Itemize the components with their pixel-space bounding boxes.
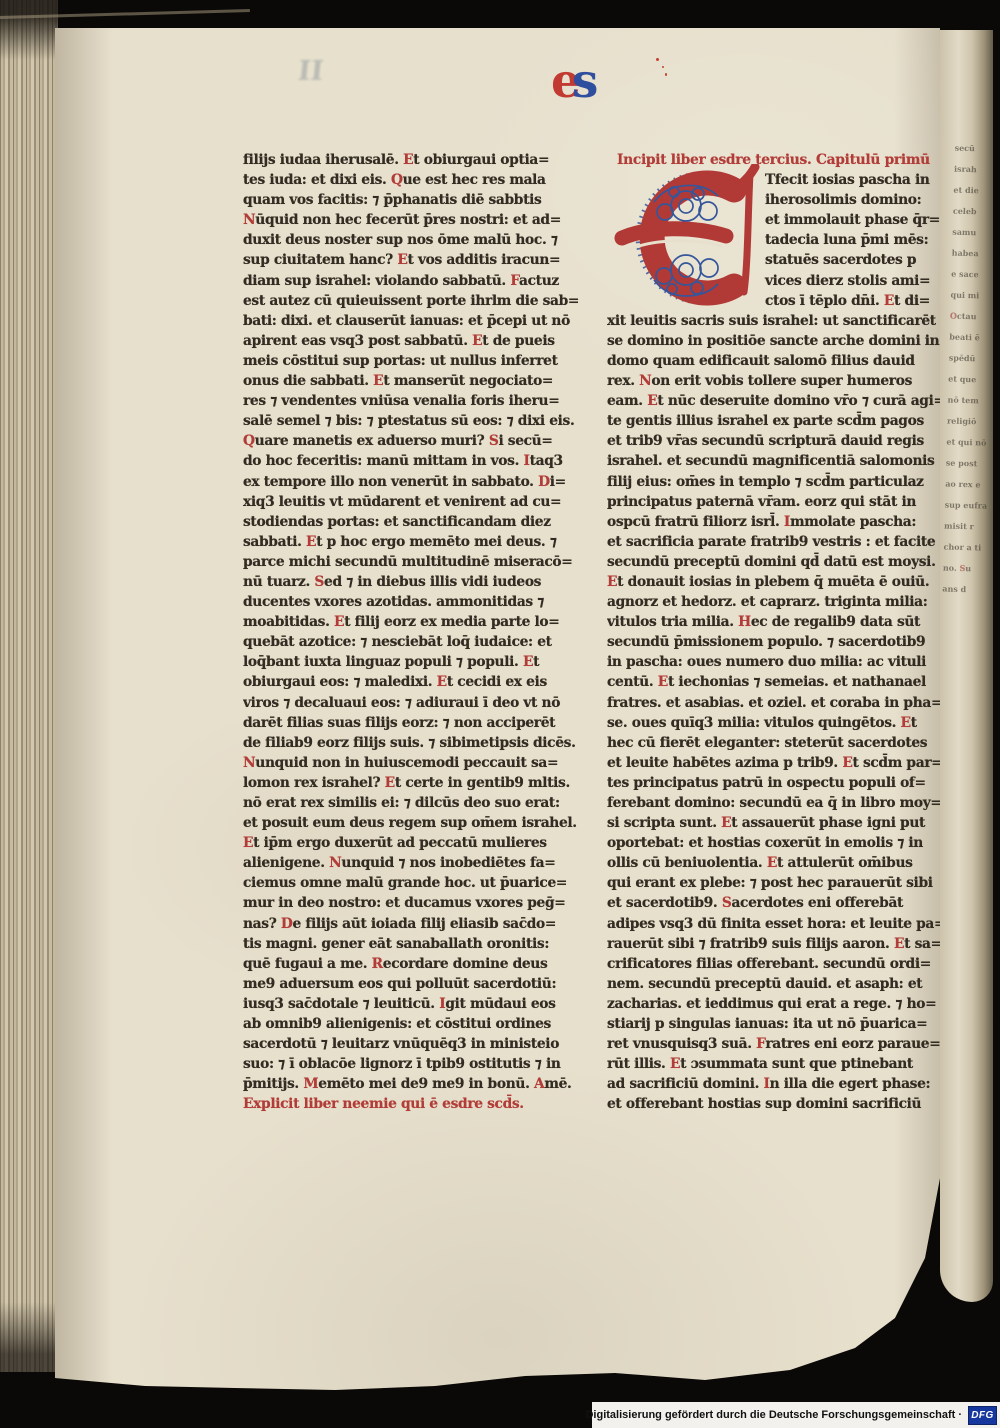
text-line: stiarij p singulas ianuas: ita ut nō p̄u… — [607, 1014, 945, 1034]
text-line: sup ciuitatem hanc? Et vos additis iracu… — [243, 250, 581, 270]
text-line: qui mi — [950, 285, 993, 307]
text-line: Et donauit iosias in plebem q̄ muēta ē o… — [607, 572, 945, 592]
text-line: res ⁊ vendentes vniūsa venalia foris ihe… — [243, 391, 581, 411]
text-line: nem. secundū preceptū dauid. et asaph: e… — [607, 974, 945, 994]
text-line: filijs iudaa iherusalē. Et obiurgaui opt… — [243, 150, 581, 170]
text-line: eam. Et nūc deseruite domino vr̄o ⁊ curā… — [607, 391, 945, 411]
text-line: me9 aduersum eos qui polluūt sacerdotiū: — [243, 974, 581, 994]
text-line: moabitidas. Et filij eorz ex media parte… — [243, 612, 581, 632]
text-line: xit leuitis sacris suis israhel: ut sanc… — [607, 311, 945, 331]
folio-showthrough-numeral: II — [296, 56, 325, 87]
text-line: ret vnusquisq3 suā. Fratres eni eorz par… — [607, 1034, 945, 1054]
text-line: agnorz et hedorz. et caprarz. triginta m… — [607, 592, 945, 612]
text-line: ctos ī tēplo dn̄i. Et di= — [765, 291, 945, 311]
text-line: Explicit liber neemie qui ē esdre scd̄s. — [243, 1094, 581, 1114]
text-line: rauerūt sibi ⁊ fratrib9 suis filijs aaro… — [607, 934, 945, 954]
decorated-initial-E — [607, 164, 764, 312]
text-line: tis magni. gener eāt sanaballath oroniti… — [243, 934, 581, 954]
initial-flourish-svg — [607, 164, 764, 312]
text-line: alienigene. Nunquid ⁊ nos inobediētes fa… — [243, 853, 581, 873]
text-line: et leuite habētes azima p trib9. Et scd̄… — [607, 753, 945, 773]
text-line: quam vos facitis: ⁊ p̄phanatis diē sabbt… — [243, 190, 581, 210]
text-line: qui erant ex plebe: ⁊ post hec parauerūt… — [607, 873, 945, 893]
text-line: diam sup israhel: violando sabbatū. Fact… — [243, 271, 581, 291]
text-line: celeb — [953, 201, 993, 223]
dfg-credit-text: Digitalisierung gefördert durch die Deut… — [585, 1409, 962, 1421]
text-line: israhel. et secundū magnificentiā salomo… — [607, 451, 945, 471]
text-line: sacerdotū ⁊ leuitarz vnūquēq3 in ministe… — [243, 1034, 581, 1054]
text-line: nas? De filijs aūt ioiada filij eliasib … — [243, 914, 581, 934]
text-line: misit r — [944, 515, 988, 537]
ink-speck — [662, 66, 664, 68]
text-line: vitulos tria milia. Hec de regalib9 data… — [607, 612, 945, 632]
text-line: et trib9 vr̄as secundū scripturā dauid r… — [607, 431, 945, 451]
text-line: religiō — [947, 411, 991, 433]
text-line: domo quam edificauit salomō filius dauid — [607, 351, 945, 371]
text-line: et que — [948, 369, 992, 391]
text-line: vices dierz stolis ami= — [765, 271, 945, 291]
right-text-column: Incipit liber esdre tercius. Capitulū pr… — [607, 150, 945, 1140]
text-line: ab omnib9 alienigenis: et cōstitui ordin… — [243, 1014, 581, 1034]
text-line: nō tem — [947, 390, 991, 412]
text-line: oportebat: et hostias coxerūt in emolis … — [607, 833, 945, 853]
running-head-letter-e: e — [551, 54, 572, 109]
text-line: de filiab9 eorz filijs suis. ⁊ sibimetip… — [243, 733, 581, 753]
fore-edge-text: secūisrahet diecelebsamuhabeae sacequi m… — [940, 30, 993, 601]
text-line: iherosolimis domino: — [765, 190, 945, 210]
text-line: secundū preceptū domini qd̄ datū est moy… — [607, 552, 945, 572]
text-line: centū. Et iechonias ⁊ semeias. et nathan… — [607, 672, 945, 692]
text-line: et sacrificia parate fratrib9 vestris : … — [607, 532, 945, 552]
text-line: secū — [954, 138, 993, 160]
text-line: se domino in positiōe sancte arche domin… — [607, 331, 945, 351]
text-line: quebāt azotice: ⁊ nesciebāt loq̄ iudaice… — [243, 632, 581, 652]
text-line: ao rex e — [945, 473, 989, 495]
text-line: tadecia luna p̄mi mēs: — [765, 230, 945, 250]
text-line: est autez cū quieuissent porte ihrlm die… — [243, 291, 581, 311]
text-line: principatus paternā vr̄am. eorz qui stāt… — [607, 492, 945, 512]
running-head-letter-s: s — [572, 54, 589, 109]
text-line: se post — [946, 452, 990, 474]
text-line: ollis cū beniuolentia. Et attulerūt om̄i… — [607, 853, 945, 873]
text-line: iusq3 sac̄dotale ⁊ leuiticū. Igit mūdaui… — [243, 994, 581, 1014]
text-line: israh — [954, 159, 993, 181]
text-line: sabbati. Et p hoc ergo memēto mei deus. … — [243, 532, 581, 552]
text-line: et immolauit phase q̄r= — [765, 210, 945, 230]
text-line: nū tuarz. Sed ⁊ in diebus illis vidi iud… — [243, 572, 581, 592]
ink-speck — [656, 58, 659, 61]
text-line: nō erat rex similis ei: ⁊ dilcūs deo suo… — [243, 793, 581, 813]
text-line: Nūquid non hec fecerūt p̄res nostri: et … — [243, 210, 581, 230]
manuscript-page: II es filijs iudaa iherusalē. Et obiurga… — [55, 28, 940, 1393]
text-line: adipes vsq3 dū finita esset hora: et leu… — [607, 914, 945, 934]
text-line: et qui nō — [946, 431, 990, 453]
text-line: se. oues quīq3 milia: vitulos quingētos.… — [607, 713, 945, 733]
initial-indent-lines: Tfecit iosias pascha iniherosolimis domi… — [765, 170, 945, 311]
text-line: et die — [953, 180, 993, 202]
dfg-logo: DFG — [968, 1406, 997, 1425]
text-line: p̄mitijs. Memēto mei de9 me9 in bonū. Am… — [243, 1074, 581, 1094]
text-line: obiurgaui eos: ⁊ maledixi. Et cecidi ex … — [243, 672, 581, 692]
text-line: e sace — [951, 264, 993, 286]
text-line: et offerebant hostias sup domini sacrifi… — [607, 1094, 945, 1114]
text-line: ciemus omne malū grande hoc. ut p̄uarice… — [243, 873, 581, 893]
text-line: xiq3 leuitis vt mūdarent et venirent ad … — [243, 492, 581, 512]
running-head-es: es — [551, 58, 589, 105]
text-line: Tfecit iosias pascha in — [765, 170, 945, 190]
text-line: te gentis illius israhel ex parte scd̄m … — [607, 411, 945, 431]
text-line: Et ip̄m ergo duxerūt ad peccatū mulieres — [243, 833, 581, 853]
text-line: ferebant domino: secundū ea q̄ in libro … — [607, 793, 945, 813]
text-line: duxit deus noster sup nos ōme malū hoc. … — [243, 230, 581, 250]
ink-speck — [665, 73, 667, 76]
chapter-body: Tfecit iosias pascha iniherosolimis domi… — [607, 170, 945, 1114]
text-line: darēt filias suas filijs eorz: ⁊ non acc… — [243, 713, 581, 733]
text-line: lomon rex israhel? Et certe in gentib9 m… — [243, 773, 581, 793]
text-line: tes principatus patrū in ospectu populi … — [607, 773, 945, 793]
text-line: statuēs sacerdotes p — [765, 250, 945, 270]
text-line: no. Su — [943, 557, 987, 579]
text-line: meis cōstitui sup portas: ut nullus infe… — [243, 351, 581, 371]
text-line: mur in deo nostro: et ducamus vxores peḡ… — [243, 893, 581, 913]
text-line: tes iuda: et dixi eis. Que est hec res m… — [243, 170, 581, 190]
text-line: ex tempore illo non venerūt in sabbato. … — [243, 472, 581, 492]
fore-edge: secūisrahet diecelebsamuhabeae sacequi m… — [940, 30, 993, 1302]
text-line: crificatores filias offerebant. secundū … — [607, 954, 945, 974]
text-line: et sacerdotib9. Sacerdotes eni offerebāt — [607, 893, 945, 913]
book-photo: II es filijs iudaa iherusalē. Et obiurga… — [0, 0, 1000, 1428]
text-line: Quare manetis ex aduerso muri? Si secū= — [243, 431, 581, 451]
text-line: suo: ⁊ ī oblacōe lignorz ī tpib9 ostitut… — [243, 1054, 581, 1074]
text-line: fratres. et asabias. et oziel. et coraba… — [607, 693, 945, 713]
text-line: rex. Non erit vobis tollere super humero… — [607, 371, 945, 391]
text-line: ospcū fratrū filiorz isrl̄. Immolate pas… — [607, 512, 945, 532]
text-line: et posuit eum deus regem sup om̄em israh… — [243, 813, 581, 833]
column-full-lines: xit leuitis sacris suis israhel: ut sanc… — [607, 311, 945, 1115]
text-line: rūt illis. Et ɔsummata sunt que ptineban… — [607, 1054, 945, 1074]
text-line: habea — [951, 243, 993, 265]
text-line: salē semel ⁊ bis: ⁊ ptestatus sū eos: ⁊ … — [243, 411, 581, 431]
text-line: Octau — [950, 306, 993, 328]
text-line: ans d — [942, 578, 986, 600]
text-line: apirent eas vsq3 post sabbatū. Et de pue… — [243, 331, 581, 351]
text-line: sup eufra — [944, 494, 988, 516]
text-line: onus die sabbati. Et manserūt negociato= — [243, 371, 581, 391]
text-line: beati ē — [949, 327, 993, 349]
text-line: viros ⁊ decaluaui eos: ⁊ adiuraui ī deo … — [243, 693, 581, 713]
text-line: bati: dixi. et clauserūt ianuas: et p̄ce… — [243, 311, 581, 331]
text-line: secundū p̄missionem populo. ⁊ sacerdotib… — [607, 632, 945, 652]
text-line: do hoc feceritis: manū mittam in vos. It… — [243, 451, 581, 471]
text-line: ad sacrificiū domini. In illa die egert … — [607, 1074, 945, 1094]
text-line: spēdū — [948, 348, 992, 370]
text-line: parce michi secundū multitudinē miseracō… — [243, 552, 581, 572]
text-line: si scripta sunt. Et assauerūt phase igni… — [607, 813, 945, 833]
text-line: in pascha: oues numero duo milia: ac vit… — [607, 652, 945, 672]
text-line: stodiendas portas: et sanctificandam die… — [243, 512, 581, 532]
text-line: filij eius: om̄es in templo ⁊ scd̄m part… — [607, 472, 945, 492]
text-line: Nunquid non in huiuscemodi peccauit sa= — [243, 753, 581, 773]
text-line: loq̄bant iuxta linguaz populi ⁊ populi. … — [243, 652, 581, 672]
text-line: ducentes vxores azotidas. ammonitidas ⁊ — [243, 592, 581, 612]
left-page-edges — [0, 0, 58, 1372]
text-line: hec cū fierēt eleganter: steterūt sacerd… — [607, 733, 945, 753]
left-text-column: filijs iudaa iherusalē. Et obiurgaui opt… — [243, 150, 581, 1140]
text-line: zacharias. et ieddimus qui erat a rege. … — [607, 994, 945, 1014]
text-line: chor a ti — [943, 536, 987, 558]
dfg-banner: Digitalisierung gefördert durch die Deut… — [592, 1402, 1000, 1428]
text-line: quē fugaui a me. Recordare domine deus — [243, 954, 581, 974]
text-line: samu — [952, 222, 993, 244]
